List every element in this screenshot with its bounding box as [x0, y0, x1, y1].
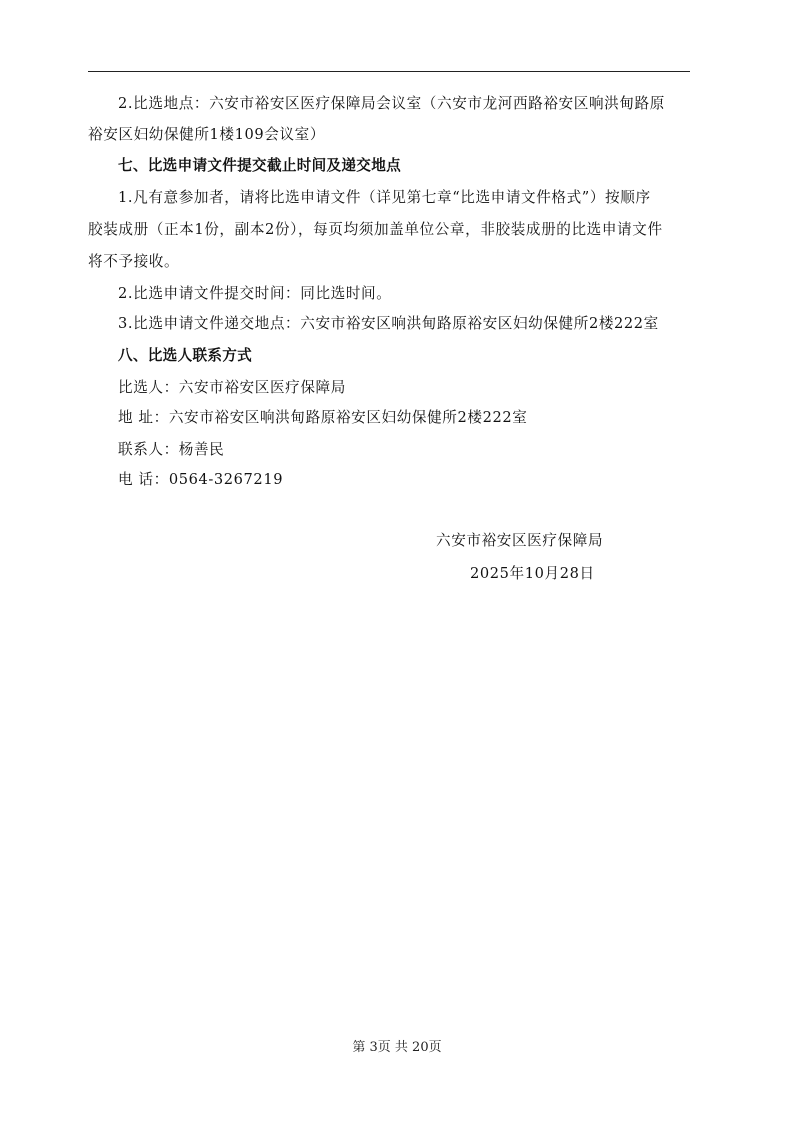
- paragraph-submission-3: 3.比选申请文件递交地点：六安市裕安区响洪甸路原裕安区妇幼保健所2楼222室: [118, 314, 659, 334]
- paragraph-submission-1: 1.凡有意参加者，请将比选申请文件（详见第七章“比选申请文件格式”）按顺序: [118, 188, 651, 208]
- paragraph-submission-1-cont: 胶装成册（正本1份，副本2份），每页均须加盖单位公章，非胶装成册的比选申请文件: [88, 220, 663, 240]
- contact-person: 联系人：杨善民: [118, 440, 224, 460]
- contact-organization: 比选人：六安市裕安区医疗保障局: [118, 378, 346, 398]
- paragraph-submission-2: 2.比选申请文件提交时间：同比选时间。: [118, 284, 391, 304]
- signature-date: 2025年10月28日: [470, 564, 595, 584]
- section-heading-7: 七、比选申请文件提交截止时间及递交地点: [118, 156, 401, 176]
- paragraph-bid-location-cont: 裕安区妇幼保健所1楼109会议室）: [88, 125, 325, 145]
- paragraph-submission-1-end: 将不予接收。: [88, 252, 179, 272]
- contact-phone: 电 话：0564-3267219: [118, 470, 283, 490]
- paragraph-bid-location: 2.比选地点：六安市裕安区医疗保障局会议室（六安市龙河西路裕安区响洪甸路原: [118, 94, 665, 114]
- header-rule: [88, 71, 690, 72]
- page-number: 第 3页 共 20页: [0, 1036, 794, 1055]
- contact-address: 地 址：六安市裕安区响洪甸路原裕安区妇幼保健所2楼222室: [118, 408, 527, 428]
- section-heading-8: 八、比选人联系方式: [118, 346, 252, 366]
- signature-organization: 六安市裕安区医疗保障局: [436, 531, 603, 551]
